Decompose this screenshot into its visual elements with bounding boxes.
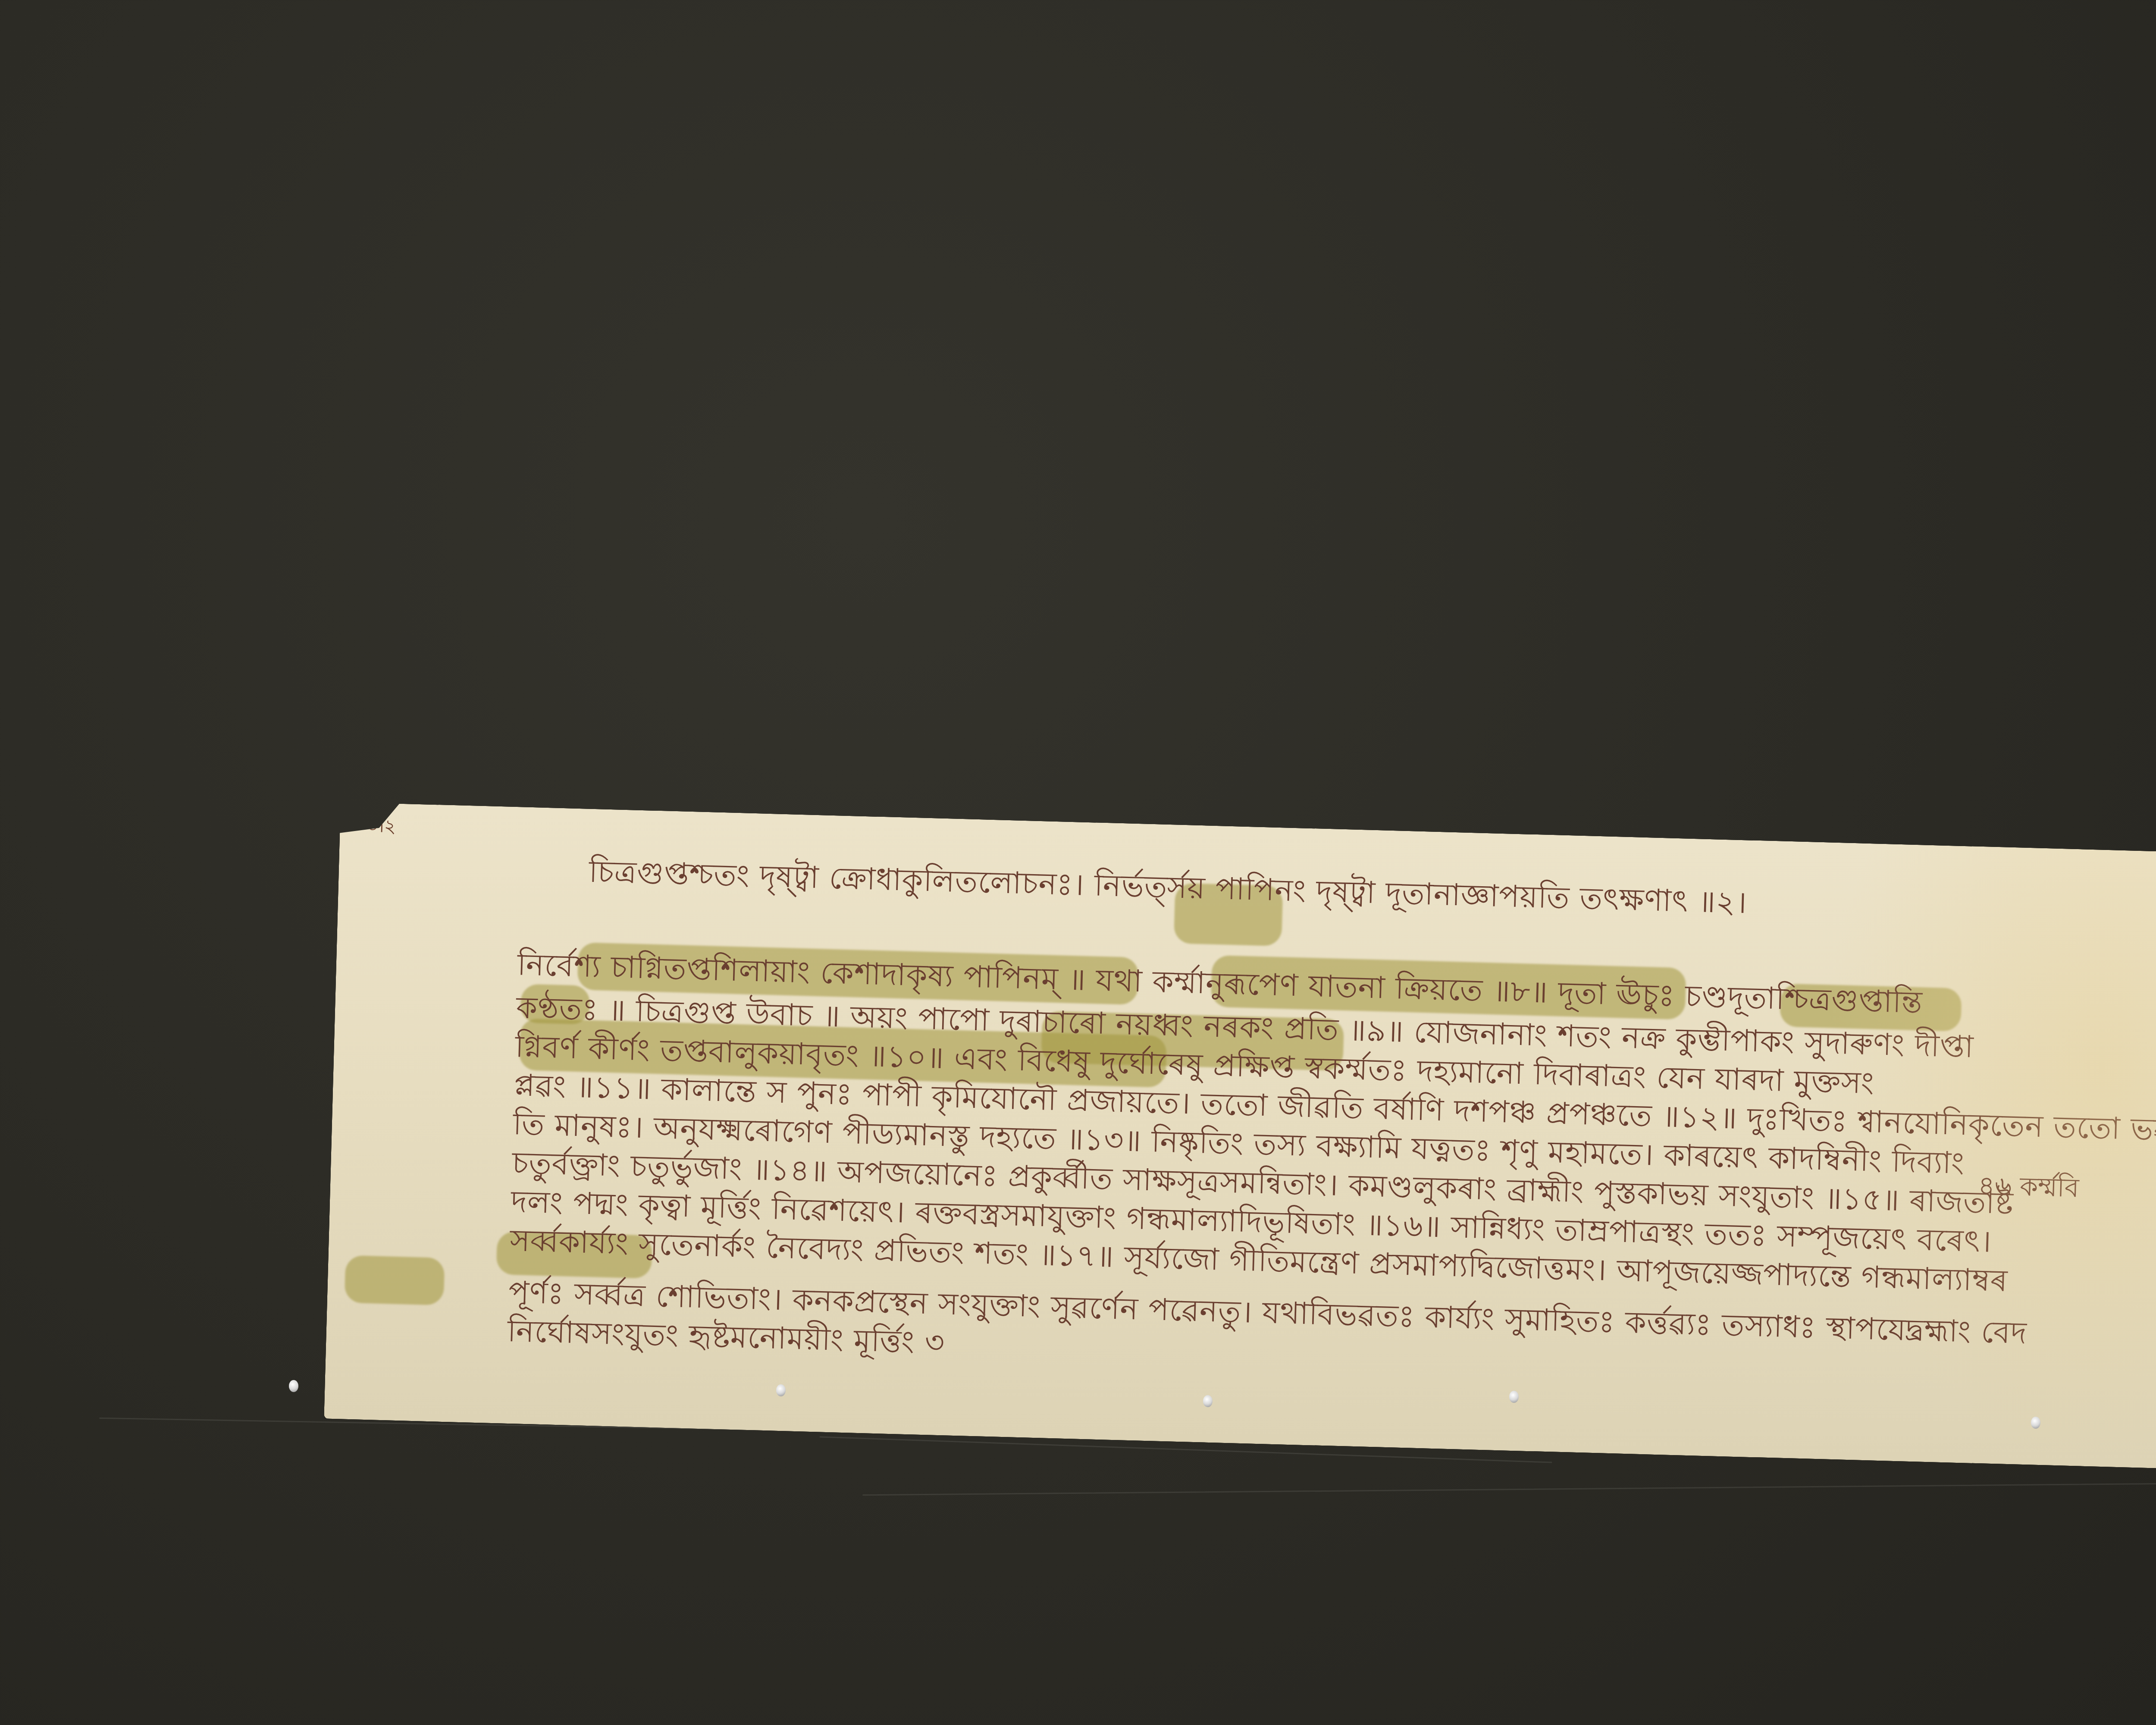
board-scratch bbox=[862, 1481, 2156, 1496]
mounting-pin bbox=[1203, 1395, 1213, 1407]
mounting-pin bbox=[776, 1384, 786, 1396]
manuscript-line: নিৰ্ঘোষসংযুতং হৃষ্টমনোময়ীং মূৰ্ত্তিং ৩ bbox=[507, 1316, 945, 1358]
manuscript-line: চিত্ৰগুপ্তশ্চতং দৃষ্ট্বা ক্ৰোধাকুলিতলোচন… bbox=[589, 856, 1748, 918]
ochre-highlight bbox=[345, 1255, 445, 1305]
folio-number-top: ৩।২ bbox=[366, 812, 397, 843]
mounting-pin bbox=[289, 1380, 298, 1392]
manuscript-folio: ৩।২ চিত্ৰগুপ্তশ্চতং দৃষ্ট্বা ক্ৰোধাকুলিত… bbox=[324, 802, 2156, 1471]
mounting-pin bbox=[2031, 1417, 2040, 1429]
marginal-note: ৪৬ কর্ম্মবি bbox=[1977, 1166, 2080, 1211]
mounting-pin bbox=[1509, 1391, 1519, 1403]
